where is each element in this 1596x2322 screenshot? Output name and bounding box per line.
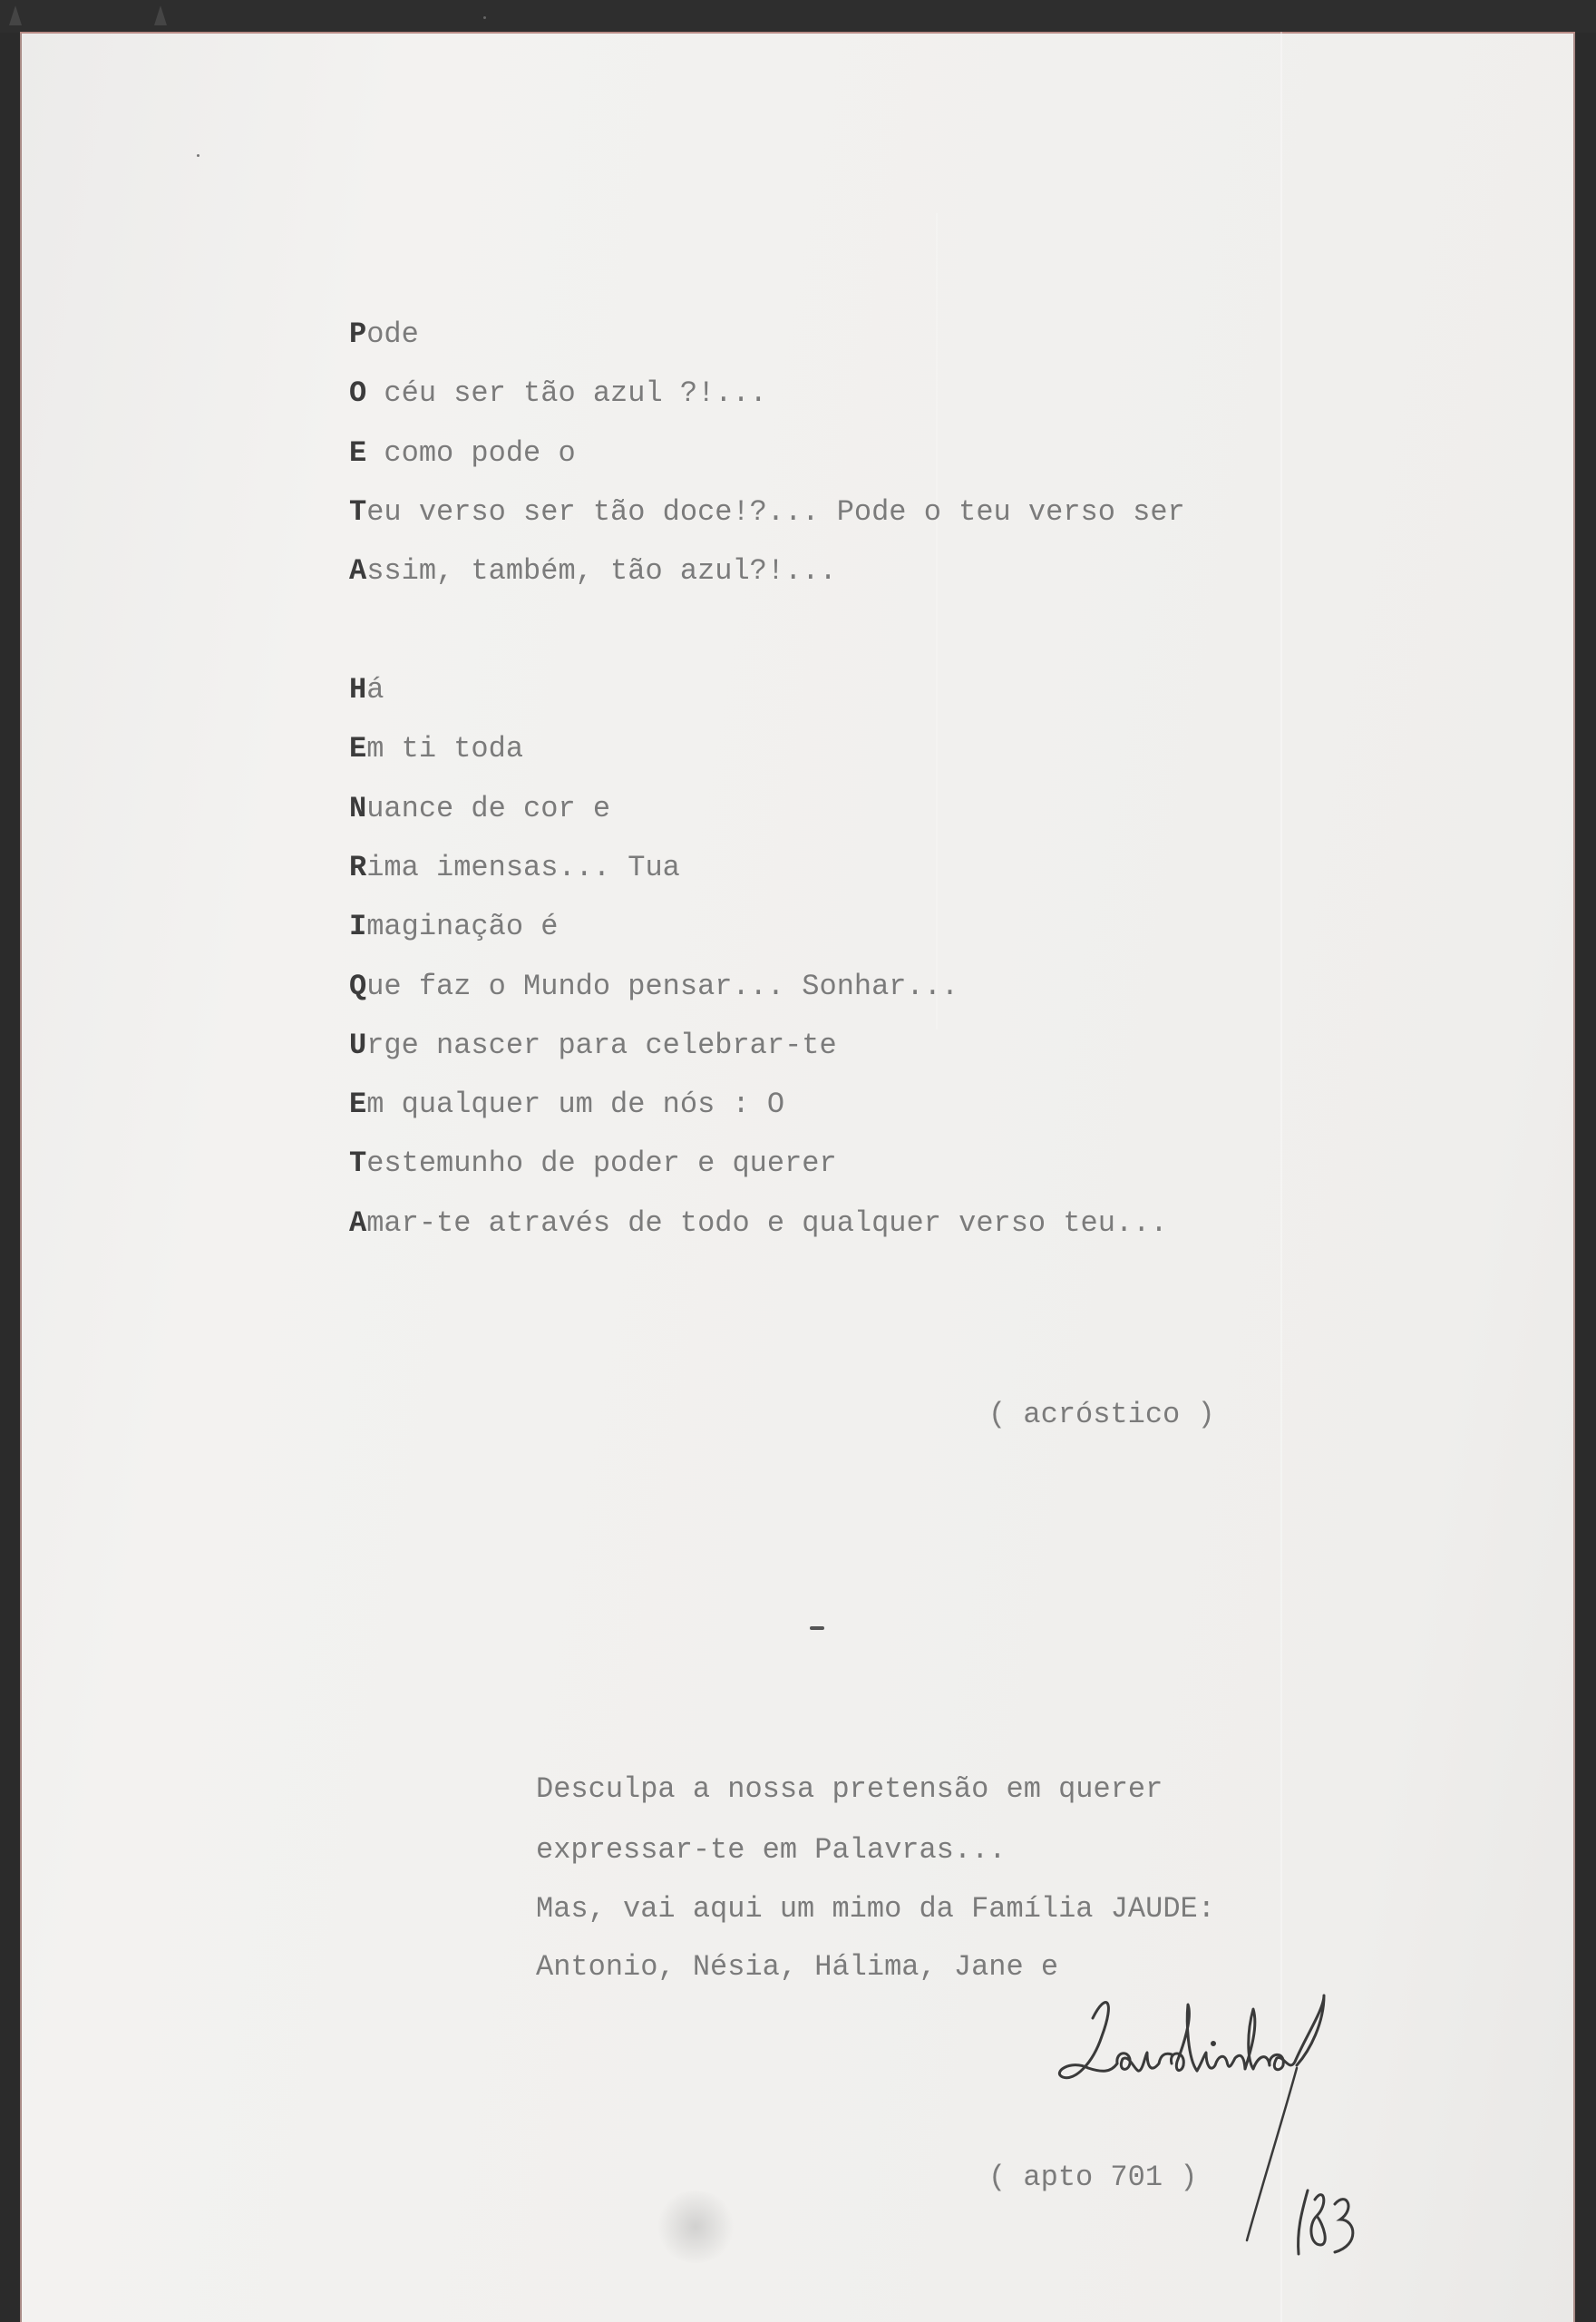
acrostic-initial: I (349, 910, 366, 943)
line-text: como pode o (366, 436, 575, 470)
poem-line: Em ti toda (349, 731, 523, 767)
line-text: ode (366, 317, 419, 351)
poem-line: Nuance de cor e (349, 791, 610, 827)
acrostic-initial: H (349, 673, 366, 707)
poem-line: Rima imensas... Tua (349, 850, 680, 886)
paper-crease (1280, 32, 1282, 2322)
acrostic-initial: T (349, 495, 366, 529)
acrostic-initial: T (349, 1146, 366, 1180)
poem-line: Em qualquer um de nós : O (349, 1087, 784, 1123)
acrostic-initial: E (349, 1088, 366, 1121)
acrostic-initial: E (349, 436, 366, 470)
line-text: ue faz o Mundo pensar... Sonhar... (366, 970, 959, 1003)
archive-logo-icon (152, 5, 169, 27)
line-text: rge nascer para celebrar-te (366, 1029, 836, 1062)
poem-line: Amar-te através de todo e qualquer verso… (349, 1205, 1168, 1242)
poem-line: Testemunho de poder e querer (349, 1146, 837, 1182)
line-text: m qualquer um de nós : O (366, 1088, 784, 1121)
acrostic-initial: P (349, 317, 366, 351)
line-text: eu verso ser tão doce!?... Pode o teu ve… (366, 495, 1185, 529)
form-note: ( acróstico ) (988, 1397, 1215, 1433)
smudge-mark (655, 2190, 736, 2263)
line-text: mar-te através de todo e qualquer verso … (366, 1206, 1167, 1240)
dedication-line: Mas, vai aqui um mimo da Família JAUDE: (536, 1891, 1215, 1927)
line-text: céu ser tão azul ?!... (366, 376, 767, 410)
poem-line: Imaginação é (349, 909, 558, 945)
poem-line: Há (349, 672, 384, 708)
poem-line: Urge nascer para celebrar-te (349, 1028, 837, 1064)
handwritten-signature (1052, 1982, 1415, 2272)
poem-line: O céu ser tão azul ?!... (349, 376, 767, 412)
archive-stamp (152, 4, 169, 29)
acrostic-initial: U (349, 1029, 366, 1062)
poem-line: Pode (349, 317, 419, 353)
dust-speck (197, 154, 199, 157)
acrostic-initial: O (349, 376, 366, 410)
poem-line: Assim, também, tão azul?!... (349, 553, 837, 590)
acrostic-initial: E (349, 732, 366, 766)
archive-logo-icon (7, 5, 24, 27)
line-text: m ti toda (366, 732, 523, 766)
dedication-line: Antonio, Nésia, Hálima, Jane e (536, 1949, 1058, 1985)
acrostic-initial: A (349, 1206, 366, 1240)
acrostic-initial: Q (349, 970, 366, 1003)
line-text: ssim, também, tão azul?!... (366, 554, 836, 588)
separator-dash (810, 1626, 824, 1630)
poem-line: Que faz o Mundo pensar... Sonhar... (349, 969, 959, 1005)
line-text: maginação é (366, 910, 558, 943)
acrostic-initial: N (349, 792, 366, 825)
archive-stamp (7, 4, 24, 29)
line-text: uance de cor e (366, 792, 610, 825)
poem-line: Teu verso ser tão doce!?... Pode o teu v… (349, 494, 1185, 531)
dedication-line: expressar-te em Palavras... (536, 1832, 1006, 1868)
dust-speck (483, 16, 486, 19)
poem-line: E como pode o (349, 435, 576, 472)
acrostic-initial: R (349, 851, 366, 884)
line-text: á (366, 673, 384, 707)
acrostic-initial: A (349, 554, 366, 588)
line-text: ima imensas... Tua (366, 851, 680, 884)
dedication-line: Desculpa a nossa pretensão em querer (536, 1771, 1163, 1808)
archive-header-strip (0, 0, 1596, 33)
paper-crease (936, 213, 938, 1029)
line-text: estemunho de poder e querer (366, 1146, 836, 1180)
